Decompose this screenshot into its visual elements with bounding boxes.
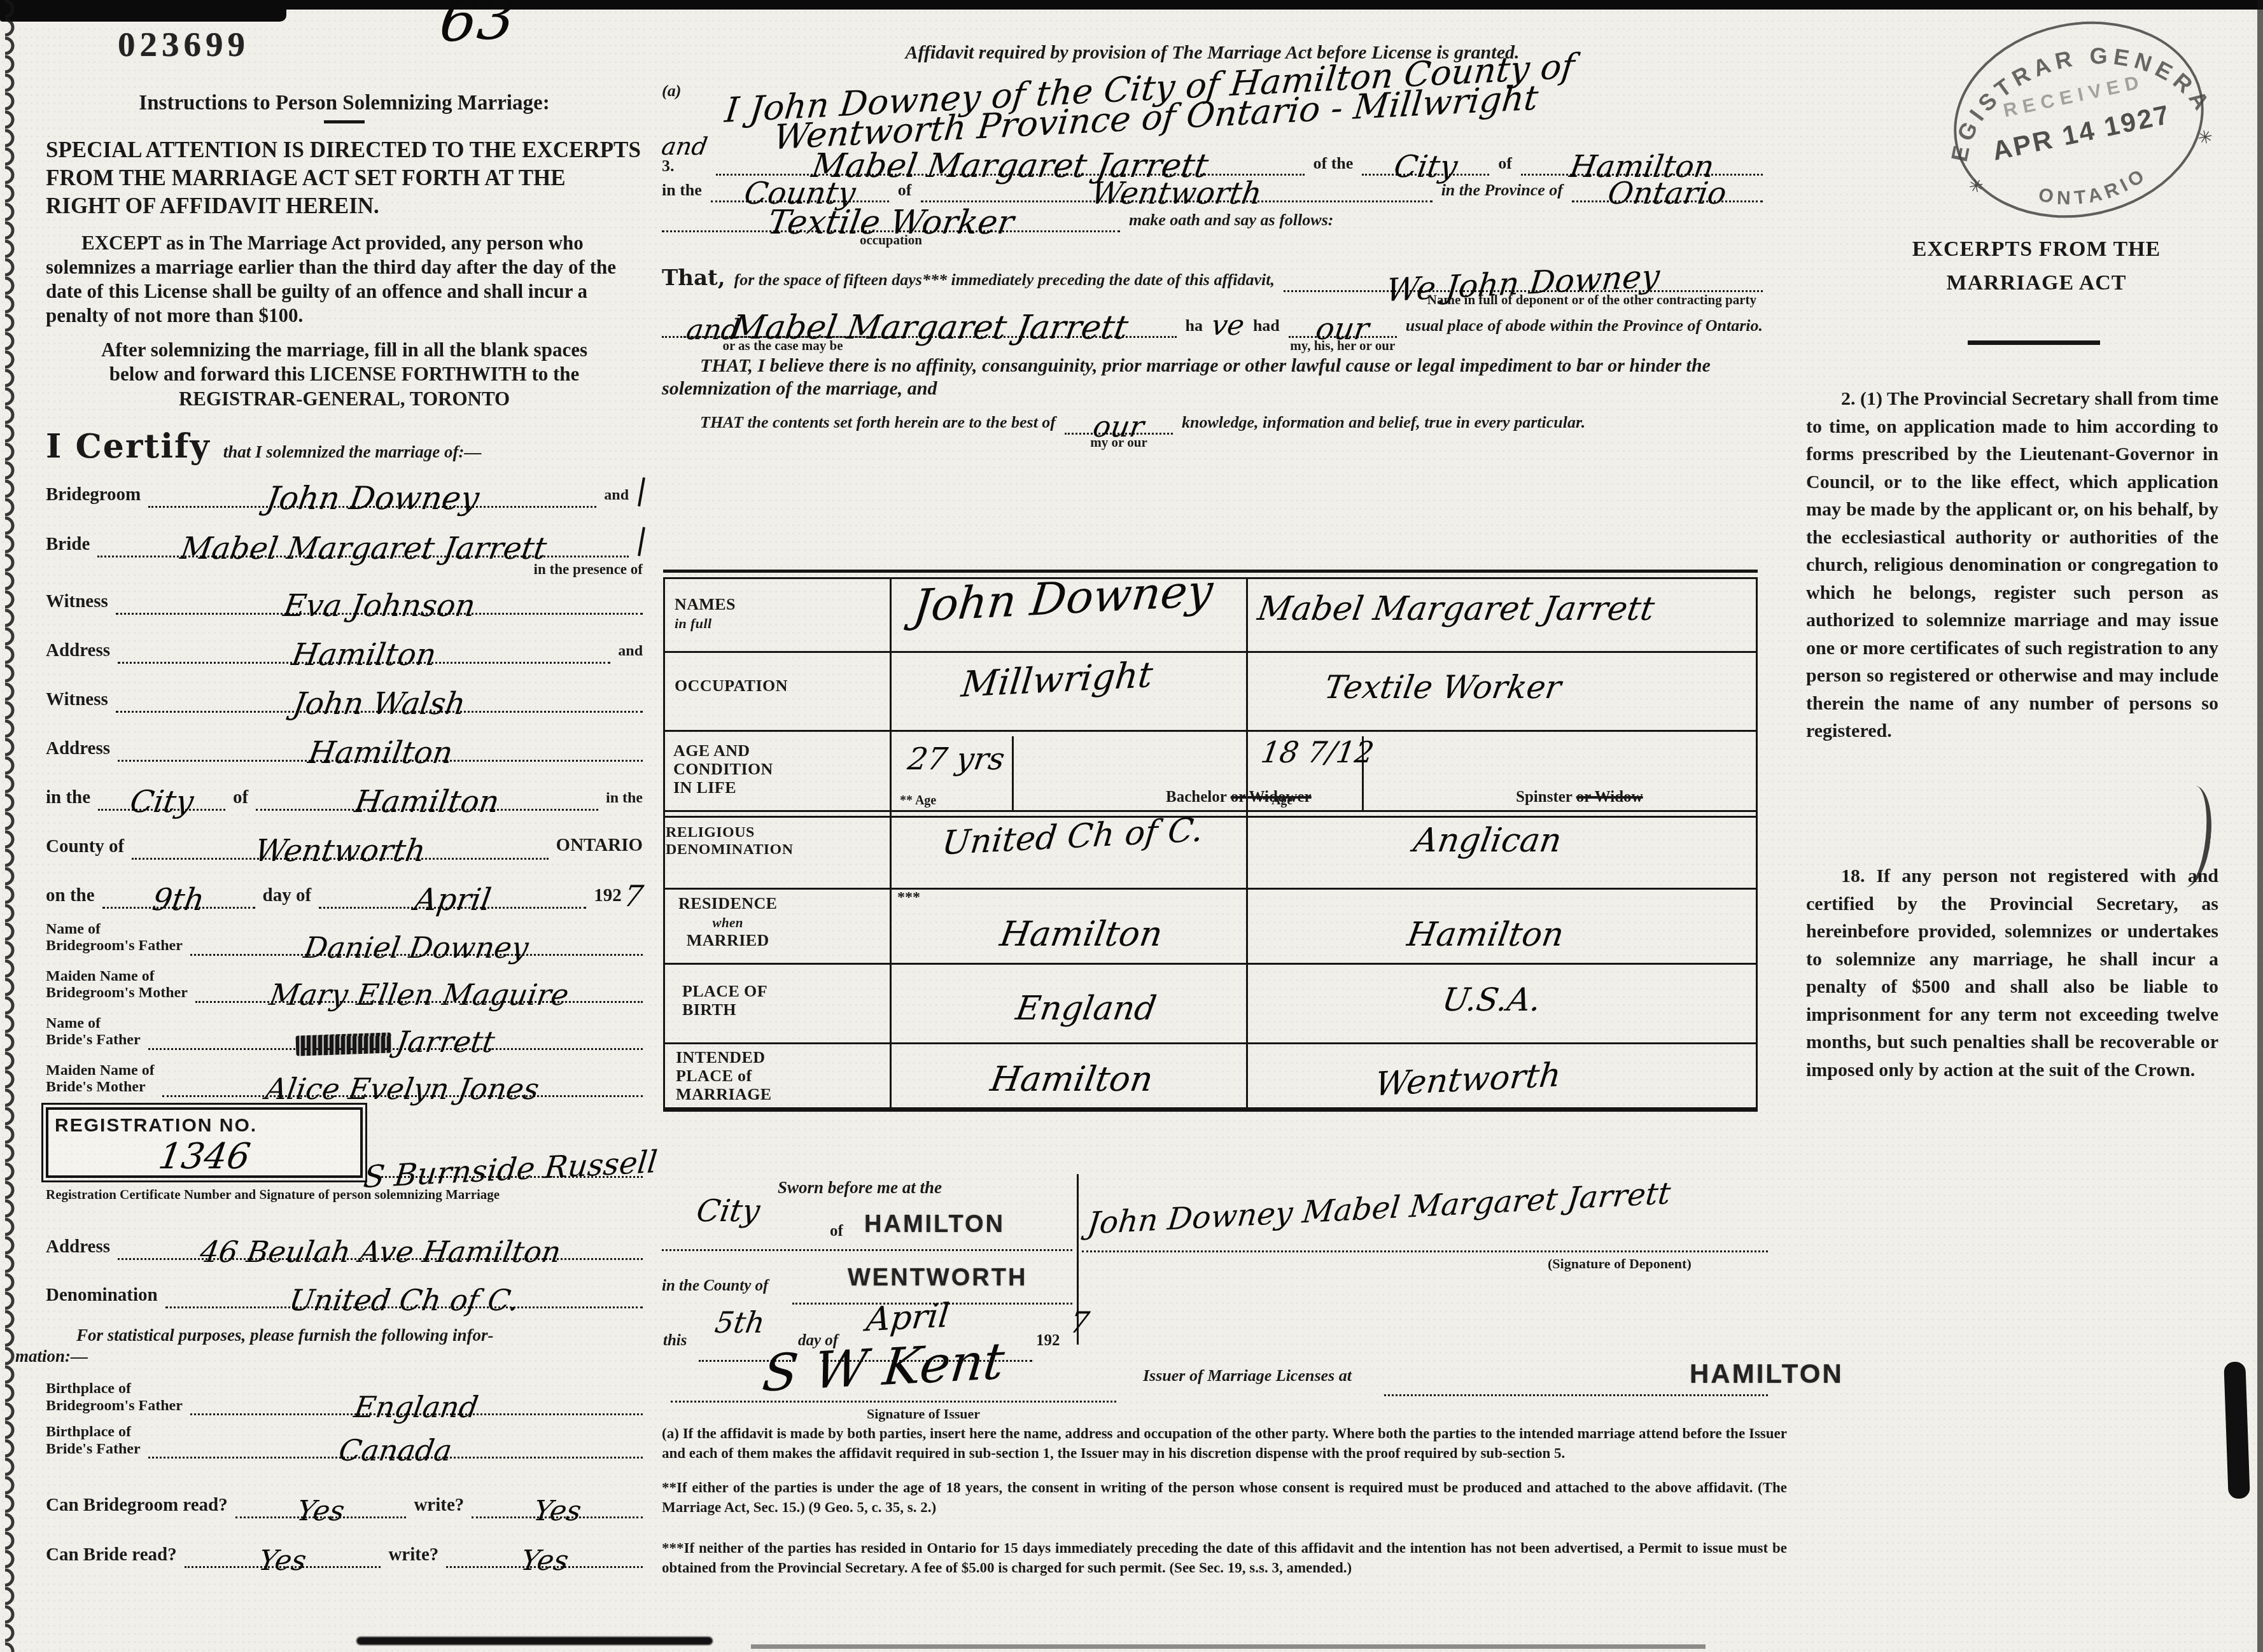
birthplace-groom-father-value: England xyxy=(353,1395,480,1420)
dotted-line xyxy=(671,1401,1116,1403)
scan-top-edge xyxy=(0,0,2263,10)
affidavit-abode-line: and or as the case may be Mabel Margaret… xyxy=(662,314,1763,337)
affidavit-wentworth: Wentworth xyxy=(1089,181,1264,207)
field-bride-father: Name ofBride's Father Jarrett xyxy=(46,1017,643,1050)
witness1-address-value: Hamilton xyxy=(290,642,438,668)
affidavit-county-line: in the County of Wentworth in the Provin… xyxy=(662,181,1763,202)
table-grid-line xyxy=(1756,577,1758,1108)
after-solemnizing-paragraph: After solemnizing the marriage, fill in … xyxy=(46,338,643,412)
scribbled-out-name xyxy=(296,1032,392,1056)
row-label-birth: PLACE OFBIRTH xyxy=(682,982,767,1019)
stamp-arc-bottom-text: ONTARIO xyxy=(2033,162,2154,218)
field-bride-mother: Maiden Name ofBride's Mother Alice Evely… xyxy=(46,1064,643,1097)
statistical-note: For statistical purposes, please furnish… xyxy=(46,1325,643,1367)
table-bride-name: Mabel Margaret Jarrett xyxy=(1256,595,1657,623)
table-grid-line xyxy=(663,888,1758,890)
sworn-county-stamp: WENTWORTH xyxy=(848,1264,1027,1292)
deponent-caption: Name in full of deponent or of the other… xyxy=(1427,292,1756,308)
that-2-paragraph: THAT, I believe there is no affinity, co… xyxy=(662,354,1763,400)
witness1-value: Eva Johnson xyxy=(281,593,477,619)
county-value: Wentworth xyxy=(253,838,428,864)
solemnizer-address-value: 46 Beulah Ave Hamilton xyxy=(199,1240,563,1264)
field-denomination: Denomination United Ch of C. xyxy=(46,1275,643,1308)
denomination-value: United Ch of C. xyxy=(288,1288,521,1313)
table-bride-age: 18 7/12 xyxy=(1259,740,1376,765)
table-bride-intended-place: Wentworth xyxy=(1374,1061,1562,1098)
witness2-value: John Walsh xyxy=(291,691,467,717)
groom-father-value: Daniel Downey xyxy=(302,935,530,960)
parties-detail-table: NAMESin full John Downey Mabel Margaret … xyxy=(663,570,1758,1112)
affidavit-panel: Affidavit required by provision of The M… xyxy=(662,36,1763,435)
field-witness-1-address: Address Hamilton and xyxy=(46,631,643,664)
ve-handwritten: ve xyxy=(1210,314,1246,337)
deponent-signatures: John Downey Mabel Margaret Jarrett xyxy=(1086,1180,1672,1236)
bride-mother-value: Alice Evelyn Jones xyxy=(264,1077,541,1102)
table-grid-line xyxy=(663,1042,1758,1044)
pen-stroke xyxy=(638,527,645,556)
stamp-star-right: ✳ xyxy=(2196,127,2215,149)
abode-caption: my, his, her or our xyxy=(1290,338,1395,354)
witness2-address-value: Hamilton xyxy=(306,740,454,766)
sworn-day: 5th xyxy=(713,1310,767,1335)
table-groom-intended-place: Hamilton xyxy=(988,1065,1154,1094)
field-birthplace-groom-father: Birthplace ofBridegroom's Father England xyxy=(46,1382,643,1415)
affidavit-city: City xyxy=(1392,154,1459,180)
bride-line: Mabel Margaret Jarrett xyxy=(97,536,629,557)
heading-rule xyxy=(324,120,365,123)
issuer-place-stamp: HAMILTON xyxy=(1690,1359,1844,1389)
registration-no-box: REGISTRATION NO. 1346 xyxy=(46,1107,363,1179)
field-witness-2: Witness John Walsh xyxy=(46,680,643,713)
row-label-age: AGE ANDCONDITIONIN LIFE xyxy=(673,741,773,797)
birthplace-bride-father-value: Canada xyxy=(337,1438,454,1463)
certify-line: I Certify that I solemnized the marriage… xyxy=(46,427,643,466)
bride-write-value: Yes xyxy=(519,1549,570,1572)
registration-no-label: REGISTRATION NO. xyxy=(55,1115,354,1137)
field-bridegroom: Bridegroom John Downey and xyxy=(46,475,643,508)
affidavit-that-line: That, for the space of fifteen days*** i… xyxy=(662,265,1763,292)
table-bride-birth: U.S.A. xyxy=(1441,986,1543,1014)
year-digit-value: 7 xyxy=(622,884,645,909)
field-can-bride-read: Can Bride read? Yes write? Yes xyxy=(46,1535,643,1568)
row-label-intended-place: INTENDEDPLACE ofMARRIAGE xyxy=(676,1048,772,1103)
row-label-occupation: OCCUPATION xyxy=(675,676,788,695)
field-groom-father: Name ofBridegroom's Father Daniel Downey xyxy=(46,923,643,956)
bridegroom-value: John Downey xyxy=(264,485,480,512)
row-label-names: NAMESin full xyxy=(675,595,736,632)
month-value: April xyxy=(412,887,493,913)
dotted-line xyxy=(1082,1250,1768,1252)
footnote-double-star: **If either of the parties is under the … xyxy=(662,1478,1787,1517)
registration-caption: Registration Certificate Number and Sign… xyxy=(46,1187,643,1203)
excerpts-heading: EXCERPTS FROM THEMARRIAGE ACT xyxy=(1868,233,2205,300)
table-groom-age: 27 yrs xyxy=(906,746,1006,773)
sworn-city-stamp: HAMILTON xyxy=(864,1211,1005,1238)
that-3-line: THAT the contents set forth herein are t… xyxy=(700,413,1763,435)
scan-bottom-smudge xyxy=(751,1644,1706,1649)
affidavit-ontario: Ontario xyxy=(1606,181,1728,207)
excerpt-section-18: 18. If any person not registered with an… xyxy=(1806,862,2218,1084)
province-print: ONTARIO xyxy=(556,835,643,860)
pen-stroke xyxy=(638,477,645,507)
instructions-heading: Instructions to Person Solemnizing Marri… xyxy=(46,92,643,115)
bridegroom-line: John Downey xyxy=(148,485,596,508)
field-witness-2-address: Address Hamilton xyxy=(46,729,643,762)
registration-row: REGISTRATION NO. 1346 S Burnside Russell xyxy=(46,1107,643,1179)
table-groom-occupation: Millwright xyxy=(960,660,1154,700)
bride-read-value: Yes xyxy=(257,1549,308,1572)
table-grid-line xyxy=(663,1107,1758,1112)
sworn-block: Sworn before me at the City of HAMILTON … xyxy=(662,1174,1770,1441)
field-solemnizer-address: Address 46 Beulah Ave Hamilton xyxy=(46,1227,643,1260)
municipality-type-value: City xyxy=(129,789,195,815)
svg-text:ONTARIO: ONTARIO xyxy=(2033,162,2154,218)
special-attention-paragraph: SPECIAL ATTENTION IS DIRECTED TO THE EXC… xyxy=(46,136,643,220)
certify-word: I Certify xyxy=(46,427,211,466)
and-handwritten: and xyxy=(660,136,709,157)
field-county: County of Wentworth ONTARIO xyxy=(46,827,643,860)
footnote-triple-star: ***If neither of the parties has resided… xyxy=(662,1539,1787,1578)
occupation-caption: occupation xyxy=(860,232,922,248)
field-witness-1: Witness Eva Johnson xyxy=(46,582,643,615)
stamp-star-left: ✳ xyxy=(1967,176,1986,198)
scan-bottom-smudge xyxy=(356,1637,713,1645)
municipality-value: Hamilton xyxy=(353,789,501,815)
ink-blob xyxy=(2224,1361,2250,1499)
field-can-groom-read: Can Bridegroom read? Yes write? Yes xyxy=(46,1485,643,1518)
footnote-a: (a) If the affidavit is made by both par… xyxy=(662,1424,1787,1463)
a-mark: (a) xyxy=(662,81,681,103)
table-grid-line xyxy=(1012,736,1014,811)
registration-no-value: 1346 xyxy=(157,1142,252,1172)
torn-left-edge xyxy=(5,0,20,1652)
except-paragraph: EXCEPT as in The Marriage Act provided, … xyxy=(46,231,643,327)
row-label-religion: RELIGIOUSDENOMINATION xyxy=(666,824,793,858)
affidavit-occupation-line: Textile Worker occupation make oath and … xyxy=(662,209,1763,232)
iss​uer-signature: S W Kent xyxy=(760,1340,1006,1396)
table-groom-residence: Hamilton xyxy=(998,920,1164,949)
groom-read-value: Yes xyxy=(295,1499,346,1523)
solemnizer-certificate-panel: Instructions to Person Solemnizing Marri… xyxy=(46,17,643,1568)
table-bride-residence: Hamilton xyxy=(1406,921,1566,949)
solemnizer-signature: S Burnside Russell xyxy=(362,1149,658,1191)
affidavit-county: County xyxy=(743,181,857,207)
table-grid-line xyxy=(663,963,1758,965)
table-groom-name: John Downey xyxy=(911,572,1214,626)
table-bride-occupation: Textile Worker xyxy=(1323,674,1563,701)
marriage-license-document: 023699 63 Instructions to Person Solemni… xyxy=(0,0,2263,1652)
registrar-general-received-stamp: REGISTRAR GENERAL ONTARIO RECEIVED APR 1… xyxy=(1923,0,2236,257)
day-value: 9th xyxy=(151,887,206,913)
bride-condition: Spinster or Widow xyxy=(1516,788,1643,806)
sworn-city: City xyxy=(695,1198,762,1224)
table-groom-religion: United Ch of C. xyxy=(941,816,1204,857)
field-bride: Bride Mabel Margaret Jarrett xyxy=(46,524,643,557)
field-municipality: in the City of Hamilton in the xyxy=(46,778,643,811)
table-grid-line xyxy=(663,651,1758,653)
table-grid-line xyxy=(1246,577,1248,1108)
sworn-month: April xyxy=(865,1302,951,1334)
table-grid-line xyxy=(663,577,665,1108)
table-grid-line xyxy=(890,577,892,1108)
scan-right-edge xyxy=(2257,0,2263,1652)
sworn-year-digit: 7 xyxy=(1068,1310,1091,1335)
field-date: on the 9th day of April 192 7 xyxy=(46,876,643,909)
affidavit-bride-name-2: Mabel Margaret Jarrett xyxy=(730,314,1130,342)
excerpt-section-2: 2. (1) The Provincial Secretary shall fr… xyxy=(1806,385,2218,745)
table-bride-religion: Anglican xyxy=(1412,827,1564,855)
bride-father-value: Jarrett xyxy=(395,1030,496,1054)
groom-write-value: Yes xyxy=(532,1499,583,1523)
footnotes: (a) If the affidavit is made by both par… xyxy=(662,1424,1787,1589)
table-grid-line xyxy=(663,810,1758,812)
bride-value: Mabel Margaret Jarrett xyxy=(178,536,548,562)
table-grid-line xyxy=(663,816,1758,818)
dotted-line xyxy=(1384,1394,1768,1396)
my-or-our-caption: my or our xyxy=(1090,435,1147,451)
table-grid-line xyxy=(663,730,1758,732)
groom-mother-value: Mary Ellen Maguire xyxy=(268,983,570,1007)
row-label-residence: RESIDENCEwhenMARRIED xyxy=(678,894,777,949)
excerpts-heading-rule xyxy=(1968,340,2100,345)
dotted-line xyxy=(662,1249,1072,1251)
field-groom-mother: Maiden Name ofBridegroom's Mother Mary E… xyxy=(46,970,643,1003)
table-groom-birth: England xyxy=(1014,995,1158,1023)
field-birthplace-bride-father: Birthplace ofBride's Father Canada xyxy=(46,1425,643,1459)
